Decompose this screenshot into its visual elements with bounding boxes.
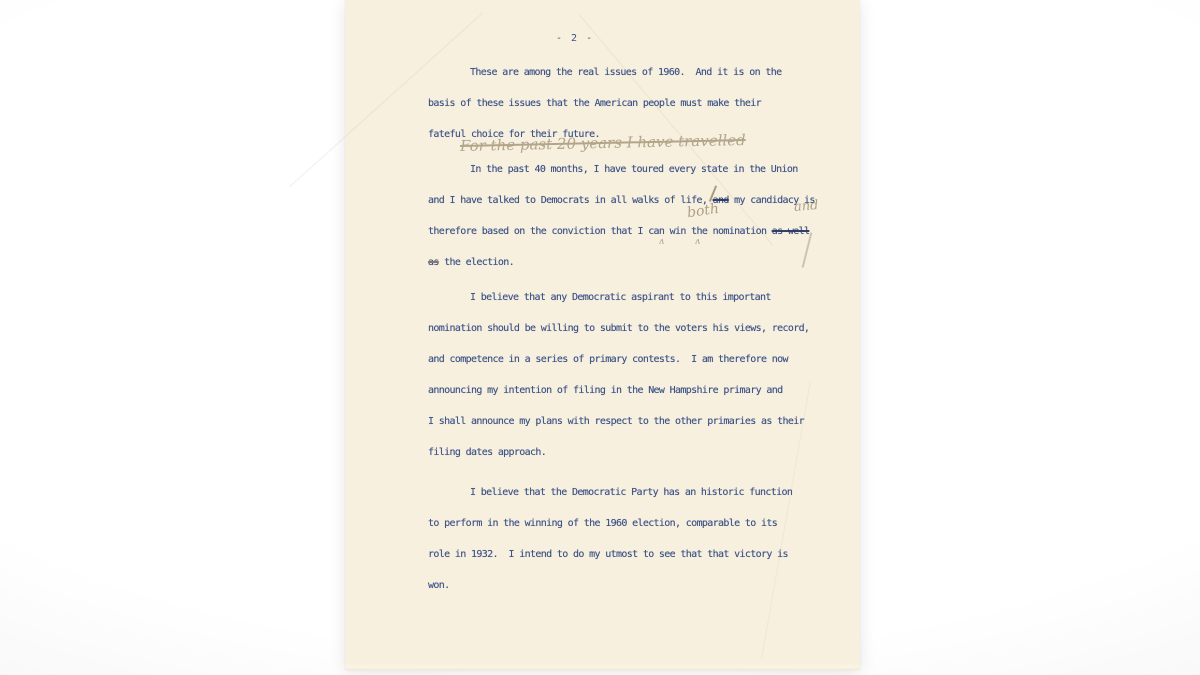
document-line: basis of these issues that the American … <box>428 97 848 128</box>
struck-text: as well <box>772 226 810 237</box>
document-line: announcing my intention of filing in the… <box>428 384 848 415</box>
paragraph: I believe that the Democratic Party has … <box>428 486 848 610</box>
typed-text: announcing my intention of filing in the… <box>428 385 782 396</box>
document-line: therefore based on the conviction that I… <box>428 225 848 256</box>
typed-text-body: These are among the real issues of 1960.… <box>428 66 848 610</box>
typed-text: fateful choice for their future. <box>428 129 600 140</box>
paragraph: I believe that any Democratic aspirant t… <box>428 291 848 477</box>
document-line: I shall announce my plans with respect t… <box>428 415 848 446</box>
struck-text: and <box>713 195 729 206</box>
paragraph: In the past 40 months, I have toured eve… <box>428 163 848 287</box>
struck-text: as <box>428 257 439 268</box>
typed-text: won. <box>428 580 449 591</box>
page-number: - 2 - <box>556 33 594 44</box>
document-line: filing dates approach. <box>428 446 848 477</box>
document-line: to perform in the winning of the 1960 el… <box>428 517 848 548</box>
document-line: These are among the real issues of 1960.… <box>428 66 848 97</box>
typed-text: I believe that the Democratic Party has … <box>470 487 792 498</box>
typed-text: role in 1932. I intend to do my utmost t… <box>428 549 788 560</box>
document-line: and competence in a series of primary co… <box>428 353 848 384</box>
paragraph: These are among the real issues of 1960.… <box>428 66 848 159</box>
document-line: I believe that any Democratic aspirant t… <box>428 291 848 322</box>
document-line: I believe that the Democratic Party has … <box>428 486 848 517</box>
document-line: role in 1932. I intend to do my utmost t… <box>428 548 848 579</box>
typed-text: I shall announce my plans with respect t… <box>428 416 804 427</box>
typed-text: I believe that any Democratic aspirant t… <box>470 292 771 303</box>
screenshot-background: { "header": { "page_number": "- 2 -" }, … <box>0 0 1200 675</box>
typed-text: and I have talked to Democrats in all wa… <box>428 195 713 206</box>
typed-text: and competence in a series of primary co… <box>428 354 788 365</box>
typewritten-page: - 2 - These are among the real issues of… <box>345 0 860 670</box>
document-line: nomination should be willing to submit t… <box>428 322 848 353</box>
document-line: In the past 40 months, I have toured eve… <box>428 163 848 194</box>
typed-text: therefore based on the conviction that I… <box>428 226 772 237</box>
typed-text: the election. <box>439 257 514 268</box>
typed-text: nomination should be willing to submit t… <box>428 323 809 334</box>
document-line: won. <box>428 579 848 610</box>
typed-text: filing dates approach. <box>428 447 546 458</box>
typed-text: In the past 40 months, I have toured eve… <box>470 164 798 175</box>
typed-text: basis of these issues that the American … <box>428 98 761 109</box>
document-line: and I have talked to Democrats in all wa… <box>428 194 848 225</box>
document-line: as the election. <box>428 256 848 287</box>
typed-text: to perform in the winning of the 1960 el… <box>428 518 777 529</box>
typed-text: These are among the real issues of 1960.… <box>470 67 782 78</box>
typed-text: my candidacy is <box>729 195 815 206</box>
document-line: fateful choice for their future. <box>428 128 848 159</box>
